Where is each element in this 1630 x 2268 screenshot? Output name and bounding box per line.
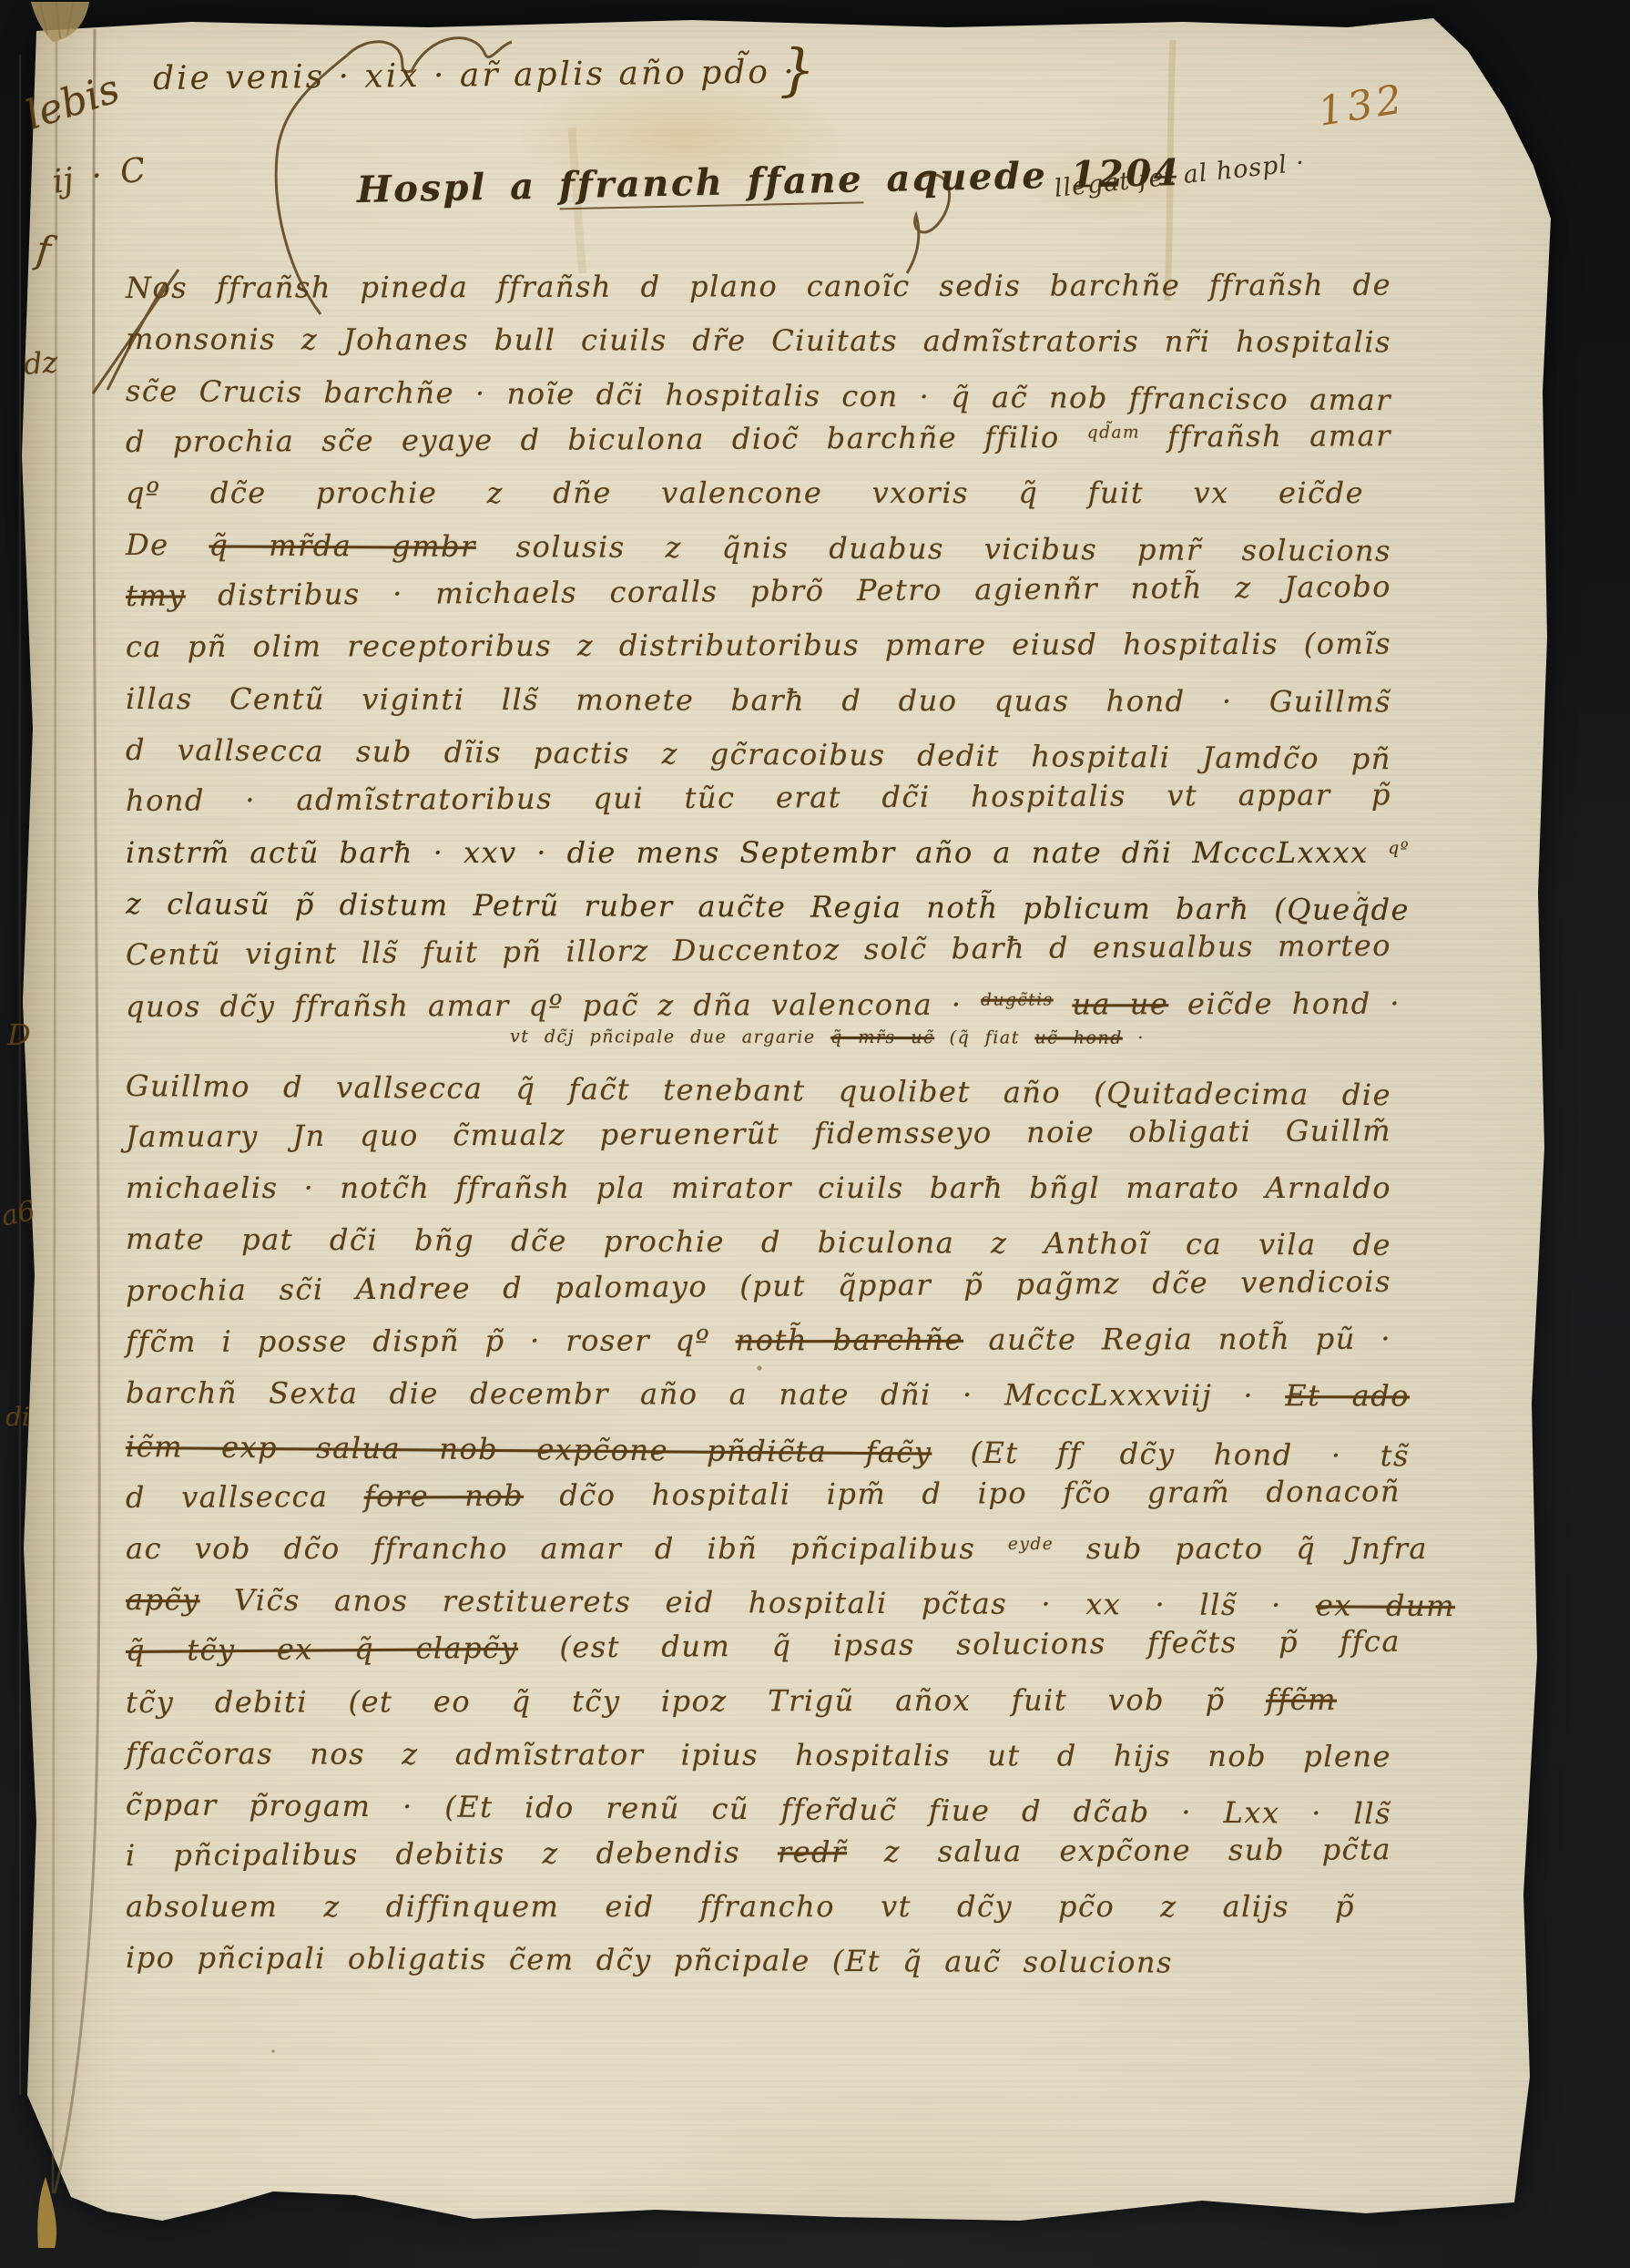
interlinear-note: vt dc̃j pñcipale due argarie q̃ mr̃s uc… <box>510 1027 1257 1049</box>
body-line: prochia sc̃i Andree d palomayo (put q̃pp… <box>126 1265 1391 1308</box>
body-line: sc̃e Crucis barchñe · noĩe dc̃i hospita… <box>126 374 1391 417</box>
body-line: Centũ vigint lls̃ fuit pñ illorz Ducce… <box>126 929 1391 972</box>
margin-note: f <box>34 228 53 273</box>
heading-date-line: die venis · xix · ar̃ aplis año pd̃o · <box>153 54 797 97</box>
body-line: Guillmo d vallsecca q̃ fac̃t tenebant qu… <box>126 1069 1391 1112</box>
manuscript-photo: { "page": { "number": "132" }, "header":… <box>0 0 1630 2268</box>
margin-note: ij · C <box>50 151 148 201</box>
body-line: tmy distribus · michaels coralls pbrõ P… <box>126 570 1391 613</box>
body-line: tc̃y debiti (et eo q̃ tc̃y ipoz Trigũ a… <box>126 1683 1337 1720</box>
body-line: ac vob dc̃o ffrancho amar d ibñ pñcipa… <box>126 1532 1428 1566</box>
margin-note: a6 <box>0 1196 38 1233</box>
body-line: michaelis · notc̃h ffrañsh pla mirator … <box>126 1171 1391 1205</box>
body-line: ffacc̃oras nos z admĩstrator ipius hosp… <box>126 1737 1391 1773</box>
body-line: qº dc̃e prochie z dñe valencone vxoris … <box>126 476 1364 510</box>
margin-note: lebis <box>20 66 125 140</box>
margin-note: dz <box>23 345 59 381</box>
body-line: ic̃m exp salua nob expc̃one pñdic̃ta fa… <box>126 1430 1410 1473</box>
body-line: i pñcipalibus debitis z debendis redr̃ … <box>126 1833 1391 1873</box>
body-line: c̃ppar p̃rogam · (Et ido renũ cũ ffer̃… <box>126 1788 1391 1831</box>
margin-note: D <box>7 1018 31 1052</box>
body-line: d vallsecca fore nob dc̃o hospitali ipm̃… <box>126 1475 1401 1515</box>
body-line: d vallsecca sub dĩis pactis z gc̃racoib… <box>126 733 1391 776</box>
body-line: ipo pñcipali obligatis c̃em dc̃y pñcip… <box>126 1941 1173 1979</box>
body-line: mate pat dc̃i bñg dc̃e prochie d biculo… <box>126 1222 1391 1262</box>
body-line: apc̃y Vic̃s anos restituerets eid hospit… <box>126 1583 1455 1623</box>
body-line: ca pñ olim receptoribus z distributorib… <box>126 628 1391 664</box>
body-line: illas Centũ viginti lls̃ monete barħ d … <box>126 682 1391 719</box>
body-line: q̃ tc̃y ex q̃ clapc̃y (est dum q̃ ipsas … <box>126 1625 1401 1668</box>
body-line: d prochia sc̃e eyaye d biculona dioc̃ ba… <box>126 419 1391 459</box>
margin-note: di <box>5 1403 30 1432</box>
body-line: Nos ffrañsh pineda ffrañsh d plano can… <box>126 269 1391 305</box>
body-line: z clausũ p̃ distum Petrũ ruber auc̃te … <box>126 887 1410 927</box>
body-line: barchñ Sexta die decembr año a nate dn… <box>126 1376 1410 1413</box>
body-line: Jamuary Jn quo c̃mualz peruenerũt fidem… <box>126 1114 1391 1154</box>
page-number: 132 <box>1315 76 1409 135</box>
body-line: monsonis z Johanes bull ciuils dr̃e Ciui… <box>126 322 1391 359</box>
closing-brace-flourish: } <box>779 36 815 103</box>
handwriting-layer: die venis · xix · ar̃ aplis año pd̃o · … <box>0 0 1630 2268</box>
body-line: quos dc̃y ffrañsh amar qº pac̃ z dña v… <box>126 987 1401 1024</box>
body-line: De q̃ mr̃da gmbr solusis z q̃nis duabus … <box>126 528 1391 568</box>
body-line: ffc̃m i posse dispñ p̃ · roser qº noth̃… <box>126 1323 1391 1359</box>
body-line: absoluem z diffinquem eid ffrancho vt dc… <box>126 1890 1355 1924</box>
body-line: instrm̃ actũ barħ · xxv · die mens Sept… <box>126 836 1410 870</box>
body-line: hond · admĩstratoribus qui tũc erat dc… <box>126 778 1391 818</box>
